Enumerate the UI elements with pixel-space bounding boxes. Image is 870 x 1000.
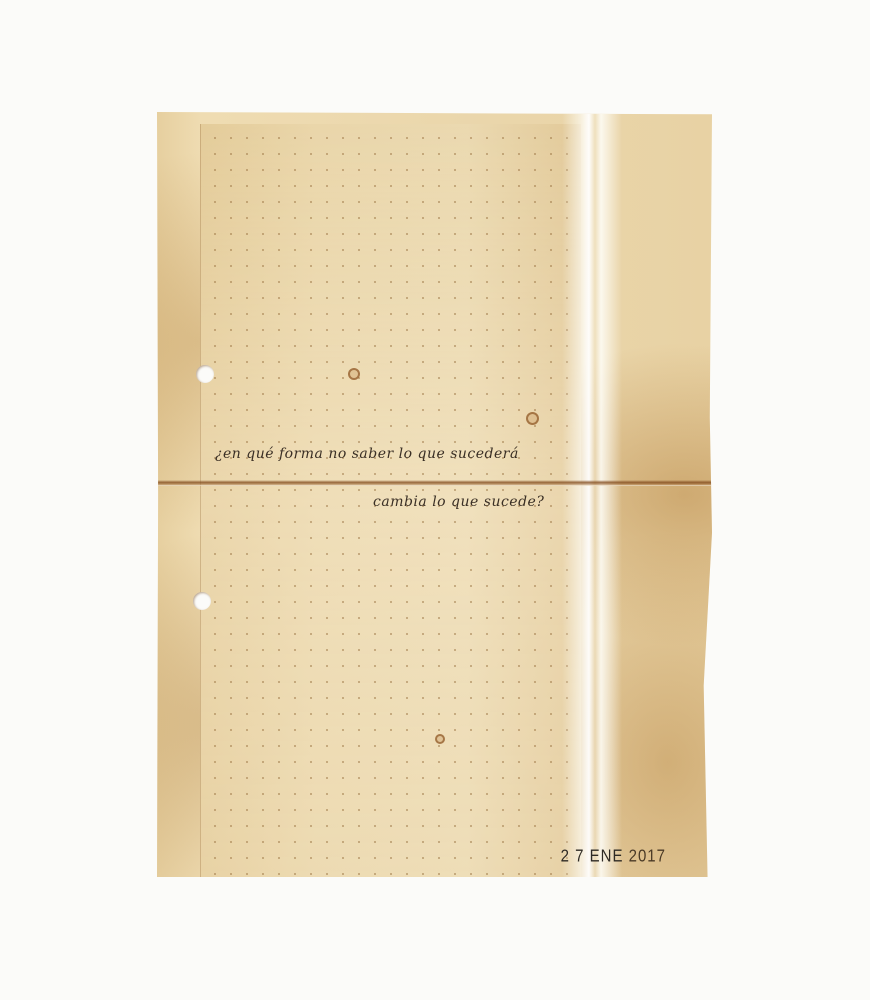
bleached-stripe <box>562 112 622 877</box>
stamp-year: 2017 <box>629 847 666 867</box>
handwritten-line-2: cambia lo que sucede? <box>373 494 544 510</box>
stain-spot <box>526 412 539 425</box>
binder-hole-top <box>196 365 214 383</box>
stamp-month: ENE <box>590 847 624 867</box>
stain-spot <box>348 368 360 380</box>
paper-sheet: ¿en qué forma no saber lo que sucederá c… <box>157 112 712 877</box>
binder-hole-bottom <box>193 592 211 610</box>
date-stamp: 2 7 ENE 2017 <box>561 847 666 867</box>
stain-spot <box>435 734 445 744</box>
handwritten-line-1: ¿en qué forma no saber lo que sucederá <box>215 446 519 462</box>
horizontal-fold-tear <box>157 480 712 486</box>
stamp-day: 2 7 <box>561 847 585 867</box>
